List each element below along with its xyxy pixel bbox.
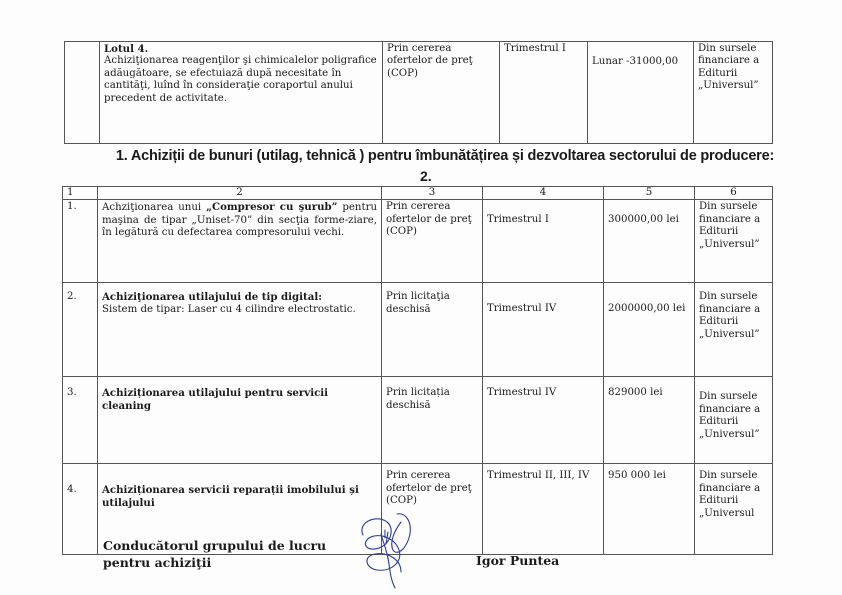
procedure-cell: Prin cererea ofertelor de preţ (COP)	[382, 200, 483, 283]
period-cell: Trimestrul IV	[483, 283, 604, 377]
table-row: 2. Achiziţionarea utilajului de tip digi…	[63, 283, 773, 377]
procedure-cell: Prin licitația deschisă	[382, 377, 483, 464]
header-col-5: 5	[604, 187, 695, 200]
row-number: 1.	[63, 200, 98, 283]
period-cell: Trimestrul I	[500, 42, 588, 144]
header-col-2: 2	[98, 187, 382, 200]
table-header-row: 1 2 3 4 5 6	[63, 187, 773, 200]
table-row: 1. Achziţionarea unui „Compresor cu şuru…	[63, 200, 773, 283]
value-cell: 300000,00 lei	[604, 200, 695, 283]
table-row: 3. Achiziționarea utilajului pentru serv…	[63, 377, 773, 464]
row-number: 4.	[63, 464, 98, 555]
signatory-name: Igor Puntea	[476, 553, 559, 568]
value-cell: 2000000,00 lei	[604, 283, 695, 377]
header-col-1: 1	[63, 187, 98, 200]
description-cell: Lotul 4. Achiziţionarea reagenţilor şi c…	[100, 42, 383, 144]
source-cell: Din sursele financiare a Editurii „Unive…	[695, 200, 773, 283]
table-row: Lotul 4. Achiziţionarea reagenţilor şi c…	[65, 42, 773, 144]
procedure-cell: Prin cererea ofertelor de preţ (COP)	[383, 42, 500, 144]
period-cell: Trimestrul IV	[483, 377, 604, 464]
row-number: 2.	[63, 283, 98, 377]
row-number: 3.	[63, 377, 98, 464]
description-bold: Achiziţionarea utilajului de tip digital…	[102, 291, 377, 303]
value-cell: 829000 lei	[604, 377, 695, 464]
description-cell: Achiziţionarea utilajului de tip digital…	[98, 283, 382, 377]
description-bold: Achiziționarea utilajului pentru servici…	[98, 377, 382, 464]
description-bold: „Compresor cu şurub”	[206, 201, 337, 213]
procedure-cell: Prin licitaţia deschisă	[382, 283, 483, 377]
lot-description: Achiziţionarea reagenţilor şi chimicalel…	[104, 55, 378, 105]
signatory-role-line-1: Conducătorul grupului de lucru	[103, 537, 326, 554]
acquisitions-table: 1 2 3 4 5 6 1. Achziţionarea unui „Compr…	[62, 186, 773, 555]
signatory-role: Conducătorul grupului de lucru pentru ac…	[103, 537, 326, 571]
period-cell: Trimestrul II, III, IV	[483, 464, 604, 555]
lot-4-table: Lotul 4. Achiziţionarea reagenţilor şi c…	[64, 41, 773, 144]
period-cell: Trimestrul I	[483, 200, 604, 283]
row-number-cell	[65, 42, 100, 144]
section-heading: 1. Achiziții de bunuri (utilag, tehnică …	[110, 148, 780, 164]
header-col-3: 3	[382, 187, 483, 200]
section-sub-number: 2.	[420, 168, 432, 184]
description-cell: Achziţionarea unui „Compresor cu şurub” …	[98, 200, 382, 283]
description-text: Sistem de tipar: Laser cu 4 cilindre ele…	[102, 304, 377, 316]
source-cell: Din sursele financiare a Editurii „Unive…	[694, 42, 773, 144]
lot-title: Lotul 4.	[104, 43, 378, 55]
header-col-6: 6	[695, 187, 773, 200]
handwritten-signature-icon	[355, 510, 425, 590]
value-cell: Lunar -31000,00	[588, 42, 694, 144]
source-cell: Din sursele financiare a Editurii „Unive…	[695, 377, 773, 464]
header-col-4: 4	[483, 187, 604, 200]
source-cell: Din sursele financiare a Editurii „Unive…	[695, 464, 773, 555]
signatory-role-line-2: pentru achiziţii	[103, 554, 326, 571]
value-cell: 950 000 lei	[604, 464, 695, 555]
source-cell: Din sursele financiare a Editurii „Unive…	[695, 283, 773, 377]
description-text: Achziţionarea unui	[102, 202, 206, 213]
